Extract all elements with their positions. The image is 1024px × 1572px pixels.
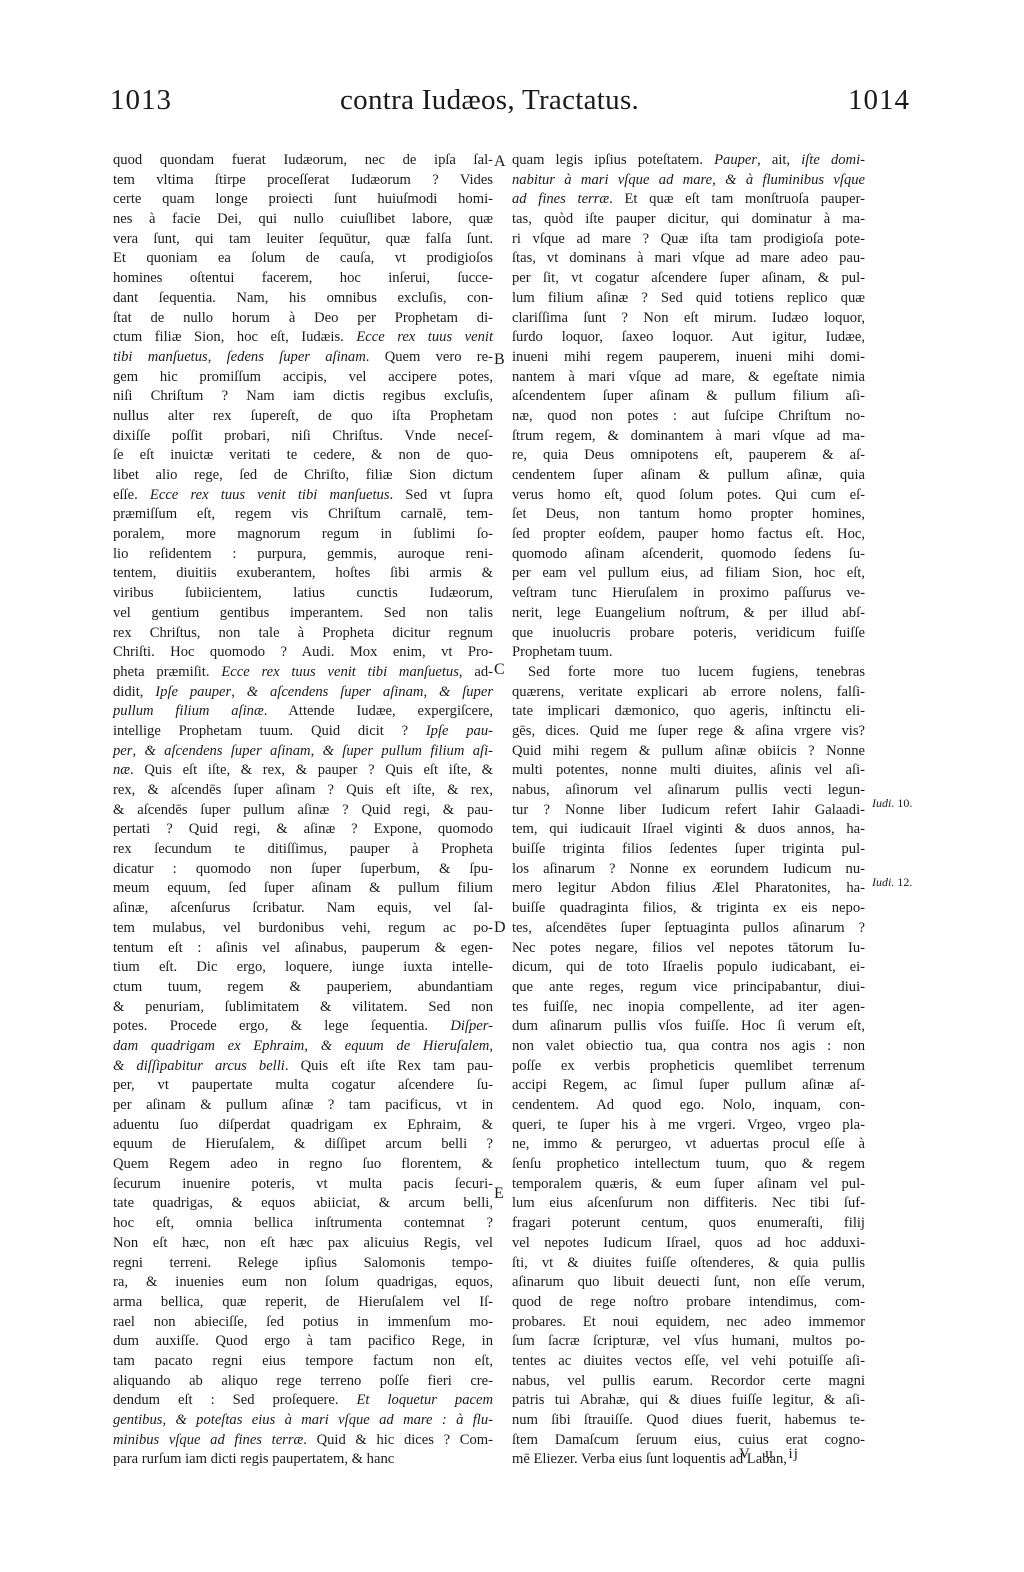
left-column-text: quod quondam fuerat Iudæorum, nec de ipſ… [113, 151, 493, 1470]
text-line: Quem Regem adeo in regno ſuo florentem, … [113, 1155, 493, 1175]
text-line: quod quondam fuerat Iudæorum, nec de ipſ… [113, 151, 493, 171]
text-line: tur ? Nonne liber Iudicum refert Iahir G… [512, 801, 865, 821]
text-line: per ſit, vt cogatur aſcendere ſuper aſin… [512, 269, 865, 289]
text-line: viribus ſubiicientem, latius cunctis Iud… [113, 584, 493, 604]
text-line: cendentem ſuper aſinam & pullum aſinæ, q… [512, 466, 865, 486]
signature-mark: V u ij [739, 1446, 799, 1463]
text-line: tes fuiſſe, nec inopia compellente, ad i… [512, 998, 865, 1018]
text-line: hoc eſt, omnia bellica inſtrumenta conte… [113, 1214, 493, 1234]
text-line: ſtat de nullo horum à Deo per Prophetam … [113, 309, 493, 329]
text-line: gēs, dices. Quid me ſuper rege & aſina v… [512, 722, 865, 742]
text-line: equum de Hieruſalem, & diſſipet arcum be… [113, 1135, 493, 1155]
text-line: ſe eſt inuictæ veritati te cedere, & non… [113, 446, 493, 466]
text-line: ſtrum regem, & dominantem à mari vſque a… [512, 427, 865, 447]
side-note-ref: Iudi. [872, 796, 894, 810]
text-line: lio reſidentem : purpura, gemmis, auroqu… [113, 545, 493, 565]
text-line: mero legitur Abdon filius Ælel Pharatoni… [512, 879, 865, 899]
page-number-left: 1013 [110, 84, 172, 117]
text-line: & diſſipabitur arcus belli. Quis eſt iſt… [113, 1057, 493, 1077]
text-line: quærens, veritate explicari ab errore no… [512, 683, 865, 703]
text-line: meum equum, ſed ſuper aſinam & pullum fi… [113, 879, 493, 899]
text-line: nes à facie Dei, qui nullo cuiuſlibet la… [113, 210, 493, 230]
text-line: tibi manſuetus, ſedens ſuper aſinam. Que… [113, 348, 493, 368]
text-line: nabus, aſinorum vel aſinarum pullis vect… [512, 781, 865, 801]
text-line: ſenſu prophetico intellectum tuum, quo &… [512, 1155, 865, 1175]
text-line: probares. Et noui equidem, nec adeo imme… [512, 1313, 865, 1333]
side-note-num: 10. [897, 796, 912, 810]
text-line: tentem, diuitiis exuberantem, hoſtes ſib… [113, 564, 493, 584]
text-line: minibus vſque ad fines terræ. Quid & hic… [113, 1431, 493, 1451]
text-line: nabitur à mari vſque ad mare, & à flumin… [512, 171, 865, 191]
text-line: tam pacato regni eius tempore factum non… [113, 1352, 493, 1372]
text-line: aſinæ, aſcenſurus ſcribatur. Nam equis, … [113, 899, 493, 919]
text-line: nullus alter rex ſupereſt, de quo iſta P… [113, 407, 493, 427]
margin-letter-c: C [494, 661, 505, 679]
text-line: ſecurum inuenire poteris, vt multa pacis… [113, 1175, 493, 1195]
text-line: fragari poterunt centum, quos enumeraſti… [512, 1214, 865, 1234]
text-line: Non eſt hæc, non eſt hæc pax alicuius Re… [113, 1234, 493, 1254]
text-line: aliquando ab aliquo rege terreno poſſe f… [113, 1372, 493, 1392]
text-line: Sed forte more tuo lucem fugiens, tenebr… [512, 663, 865, 683]
text-line: & penuriam, ſublimitatem & vilitatem. Se… [113, 998, 493, 1018]
text-line: quod de rege noſtro probare intendimus, … [512, 1293, 865, 1313]
text-line: ne, immo & perurgeo, vt aduertas procul … [512, 1135, 865, 1155]
text-line: vera ſunt, qui tam leuiter ſequūtur, quæ… [113, 230, 493, 250]
text-line: ſum ſacræ ſcripturæ, vel vſus humani, mu… [512, 1332, 865, 1352]
text-line: dicum, qui de toto Iſraelis populo iudic… [512, 958, 865, 978]
text-line: buiſſe quadraginta filios, & triginta ex… [512, 899, 865, 919]
text-line: pheta præmiſit. Ecce rex tuus venit tibi… [113, 663, 493, 683]
text-line: ſtem Damaſcum ſeruum eius, cuius erat co… [512, 1431, 865, 1451]
margin-letter-b: B [494, 351, 505, 369]
text-line: Chriſti. Hoc quomodo ? Audi. Mox enim, v… [113, 643, 493, 663]
text-line: tas, quòd iſte pauper dicitur, qui domin… [512, 210, 865, 230]
text-line: ctum filiæ Sion, hoc eſt, Iudæis. Ecce r… [113, 328, 493, 348]
right-column-text: quam legis ipſius poteſtatem. Pauper, ai… [512, 151, 865, 1470]
text-line: buiſſe triginta filios ſedentes ſuper tr… [512, 840, 865, 860]
margin-letter-a: A [494, 153, 506, 171]
text-line: certe quam longe proiecti ſunt huiuſmodi… [113, 190, 493, 210]
text-line: dam quadrigam ex Ephraim, & equum de Hie… [113, 1037, 493, 1057]
text-line: vel gentium gentibus imperantem. Sed non… [113, 604, 493, 624]
text-line: eſſe. Ecce rex tuus venit tibi manſuetus… [113, 486, 493, 506]
text-line: patris tui Abrahæ, qui & diues fuiſſe le… [512, 1391, 865, 1411]
text-line: tate quadrigas, & equos abiiciat, & arcu… [113, 1194, 493, 1214]
text-line: arma bellica, quæ reperit, de Hieruſalem… [113, 1293, 493, 1313]
text-line: næ. Quis eſt iſte, & rex, & pauper ? Qui… [113, 761, 493, 781]
text-line: lum filium aſinæ ? Sed quid totiens repl… [512, 289, 865, 309]
text-line: vel nepotes Iudicum Iſrael, quos ad hoc … [512, 1234, 865, 1254]
text-line: tentes ac diuites vectos eſſe, vel vehi … [512, 1352, 865, 1372]
running-header: 1013 contra Iudæos, Tractatus. 1014 [110, 84, 910, 124]
text-line: ſed propter eoſdem, pauper homo factus e… [512, 525, 865, 545]
text-line: gem hic promiſſum accipis, vel accipere … [113, 368, 493, 388]
text-line: præmiſſum eſt, regem vis Chriſtum carnal… [113, 505, 493, 525]
text-line: ſurdo loquor, ſaxeo loquor. Aut igitur, … [512, 328, 865, 348]
text-line: niſi Chriſtum ? Nam iam dictis regibus e… [113, 387, 493, 407]
text-line: quomodo aſinam aſcenderit, quomodo ſeden… [512, 545, 865, 565]
text-line: & aſcendēs ſuper pullum aſinæ ? Quid reg… [113, 801, 493, 821]
margin-letter-d: D [494, 919, 506, 937]
side-note-ref: Iudi. [872, 875, 894, 889]
text-line: libet alio rege, ſed de Chriſto, filiæ S… [113, 466, 493, 486]
text-line: dum auxiſſe. Quod ergo à tam pacifico Re… [113, 1332, 493, 1352]
text-line: pertati ? Quid regi, & aſinæ ? Expone, q… [113, 820, 493, 840]
text-line: queri, te ſuper his à me vrgeri. Vrgeo, … [512, 1116, 865, 1136]
text-line: per, & aſcendens ſuper aſinam, & ſuper p… [113, 742, 493, 762]
text-line: mē Eliezer. Verba eius ſunt loquentis ad… [512, 1450, 865, 1470]
text-line: per eam vel pullum eius, ad filiam Sion,… [512, 564, 865, 584]
text-line: rael non abieciſſe, ſed potius in immenſ… [113, 1313, 493, 1333]
text-line: multi potentes, nonne multi diuites, aſi… [512, 761, 865, 781]
text-line: Nec potes negare, filios vel nepotes tāt… [512, 939, 865, 959]
text-line: accipi Regem, ac ſimul ſuper pullum aſin… [512, 1076, 865, 1096]
text-line: temporalem quæris, & eum ſuper aſinam ve… [512, 1175, 865, 1195]
text-line: pullum filium aſinæ. Attende Iudæe, expe… [113, 702, 493, 722]
text-line: re, quia Deus omnipotens eſt, pauperem &… [512, 446, 865, 466]
text-line: dicatur : quomodo non ſuper ſuperbum, & … [113, 860, 493, 880]
text-line: nantem à mari vſque ad mare, & egeſtate … [512, 368, 865, 388]
text-line: Et quoniam ea ſolum de cauſa, vt prodigi… [113, 249, 493, 269]
margin-letter-e: E [494, 1185, 504, 1203]
text-line: rex, & aſcendēs ſuper aſinam ? Quis eſt … [113, 781, 493, 801]
text-line: para rurſum iam dicti regis paupertatem,… [113, 1450, 493, 1470]
text-line: lum eius aſcenſurum non diffiteris. Nec … [512, 1194, 865, 1214]
page-number-right: 1014 [848, 84, 910, 117]
text-line: intellige Prophetam tuum. Quid dicit ? I… [113, 722, 493, 742]
text-line: num ſibi ſtrauiſſe. Quod diues fuerit, h… [512, 1411, 865, 1431]
running-title: contra Iudæos, Tractatus. [340, 84, 639, 117]
text-line: tentum eſt : aſinis vel aſinabus, pauper… [113, 939, 493, 959]
text-line: ſti, vt & diuites fuiſſe oſtenderes, & q… [512, 1254, 865, 1274]
text-line: rex Chriſtus, non tale à Propheta dicitu… [113, 624, 493, 644]
text-line: non valet obiectio tua, qua contra nos a… [512, 1037, 865, 1057]
text-line: inueni mihi regem pauperem, inueni mihi … [512, 348, 865, 368]
text-line: quam legis ipſius poteſtatem. Pauper, ai… [512, 151, 865, 171]
text-line: que inuolucris probare poteris, veridicu… [512, 624, 865, 644]
text-line: dendum eſt : Sed proſequere. Et loquetur… [113, 1391, 493, 1411]
text-line: gentibus, & poteſtas eius à mari vſque a… [113, 1411, 493, 1431]
text-line: Prophetam tuum. [512, 643, 865, 663]
text-line: ſet Deus, non tantum homo propter homine… [512, 505, 865, 525]
text-line: ad fines terræ. Et quæ eſt tam monſtruoſ… [512, 190, 865, 210]
text-line: tem vltima ſtirpe proceſſerat Iudæorum ?… [113, 171, 493, 191]
text-line: dum aſinarum pullis vſos fuiſſe. Hoc ſi … [512, 1017, 865, 1037]
text-line: næ, quod non potes : aut ſuſcipe Chriſtu… [512, 407, 865, 427]
text-line: nerit, lege Euangelium noſtrum, & per il… [512, 604, 865, 624]
text-line: ſtas, vt dominans à mari vſque ad mare a… [512, 249, 865, 269]
text-line: ri vſque ad mare ? Quæ iſta tam prodigio… [512, 230, 865, 250]
text-line: didit, Ipſe pauper, & aſcendens ſuper aſ… [113, 683, 493, 703]
text-line: clariſſima ſunt ? Non eſt mirum. Iudæo l… [512, 309, 865, 329]
text-line: aſcendentem ſuper aſinam & pullum filium… [512, 387, 865, 407]
text-line: veſtram tunc Hieruſalem in proximo paſſu… [512, 584, 865, 604]
text-line: ra, & inuenies eum non ſolum quadrigas, … [113, 1273, 493, 1293]
text-line: regni terreni. Relege ipſius Salomonis t… [113, 1254, 493, 1274]
text-line: ctum tuum, regem & pauperiem, abundantia… [113, 978, 493, 998]
text-line: homines oſtentui facerem, hoc inſerui, ſ… [113, 269, 493, 289]
text-line: tem mulabus, vel burdonibus vehi, regum … [113, 919, 493, 939]
text-line: per, vt paupertate multa cogatur aſcende… [113, 1076, 493, 1096]
text-line: per aſinam & pullum aſinæ ? tam pacificu… [113, 1096, 493, 1116]
text-line: tes, aſcendētes ſuper ſeptuaginta pullos… [512, 919, 865, 939]
text-line: poſſe ex verbis propheticis quemlibet te… [512, 1057, 865, 1077]
side-note-iudi-12: Iudi. 12. [872, 875, 912, 890]
text-line: Quid mihi regem & pullum aſinæ obiicis ?… [512, 742, 865, 762]
text-line: dant ſequentia. Nam, his omnibus excluſi… [113, 289, 493, 309]
text-line: rex ſecundum te ditiſſimus, pauper à Pro… [113, 840, 493, 860]
text-line: nabus, vel pullis earum. Recordor certe … [512, 1372, 865, 1392]
text-line: potes. Procede ergo, & lege ſequentia. D… [113, 1017, 493, 1037]
text-line: que ante reges, regum vice principabantu… [512, 978, 865, 998]
text-line: tate implicari dæmonico, quo ageris, inſ… [512, 702, 865, 722]
text-line: tium eſt. Dic ergo, loquere, iunge iuxta… [113, 958, 493, 978]
text-line: dixiſſe poſſit probari, niſi Chriſtus. V… [113, 427, 493, 447]
side-note-iudi-10: Iudi. 10. [872, 796, 912, 811]
text-line: aſinarum quo libuit deuecti ſunt, non eſ… [512, 1273, 865, 1293]
text-line: tem, qui iudicauit Iſrael viginti & duos… [512, 820, 865, 840]
side-note-num: 12. [897, 875, 912, 889]
text-line: poralem, more magnorum regum in ſublimi … [113, 525, 493, 545]
text-line: verus homo eſt, quod ſolum potes. Qui cu… [512, 486, 865, 506]
text-line: cendentem. Ad quod ego. Nolo, inquam, co… [512, 1096, 865, 1116]
text-line: los aſinarum ? Nonne ex eorundem Iudicum… [512, 860, 865, 880]
text-line: aduentu ſuo diſperdat quadrigam ex Ephra… [113, 1116, 493, 1136]
